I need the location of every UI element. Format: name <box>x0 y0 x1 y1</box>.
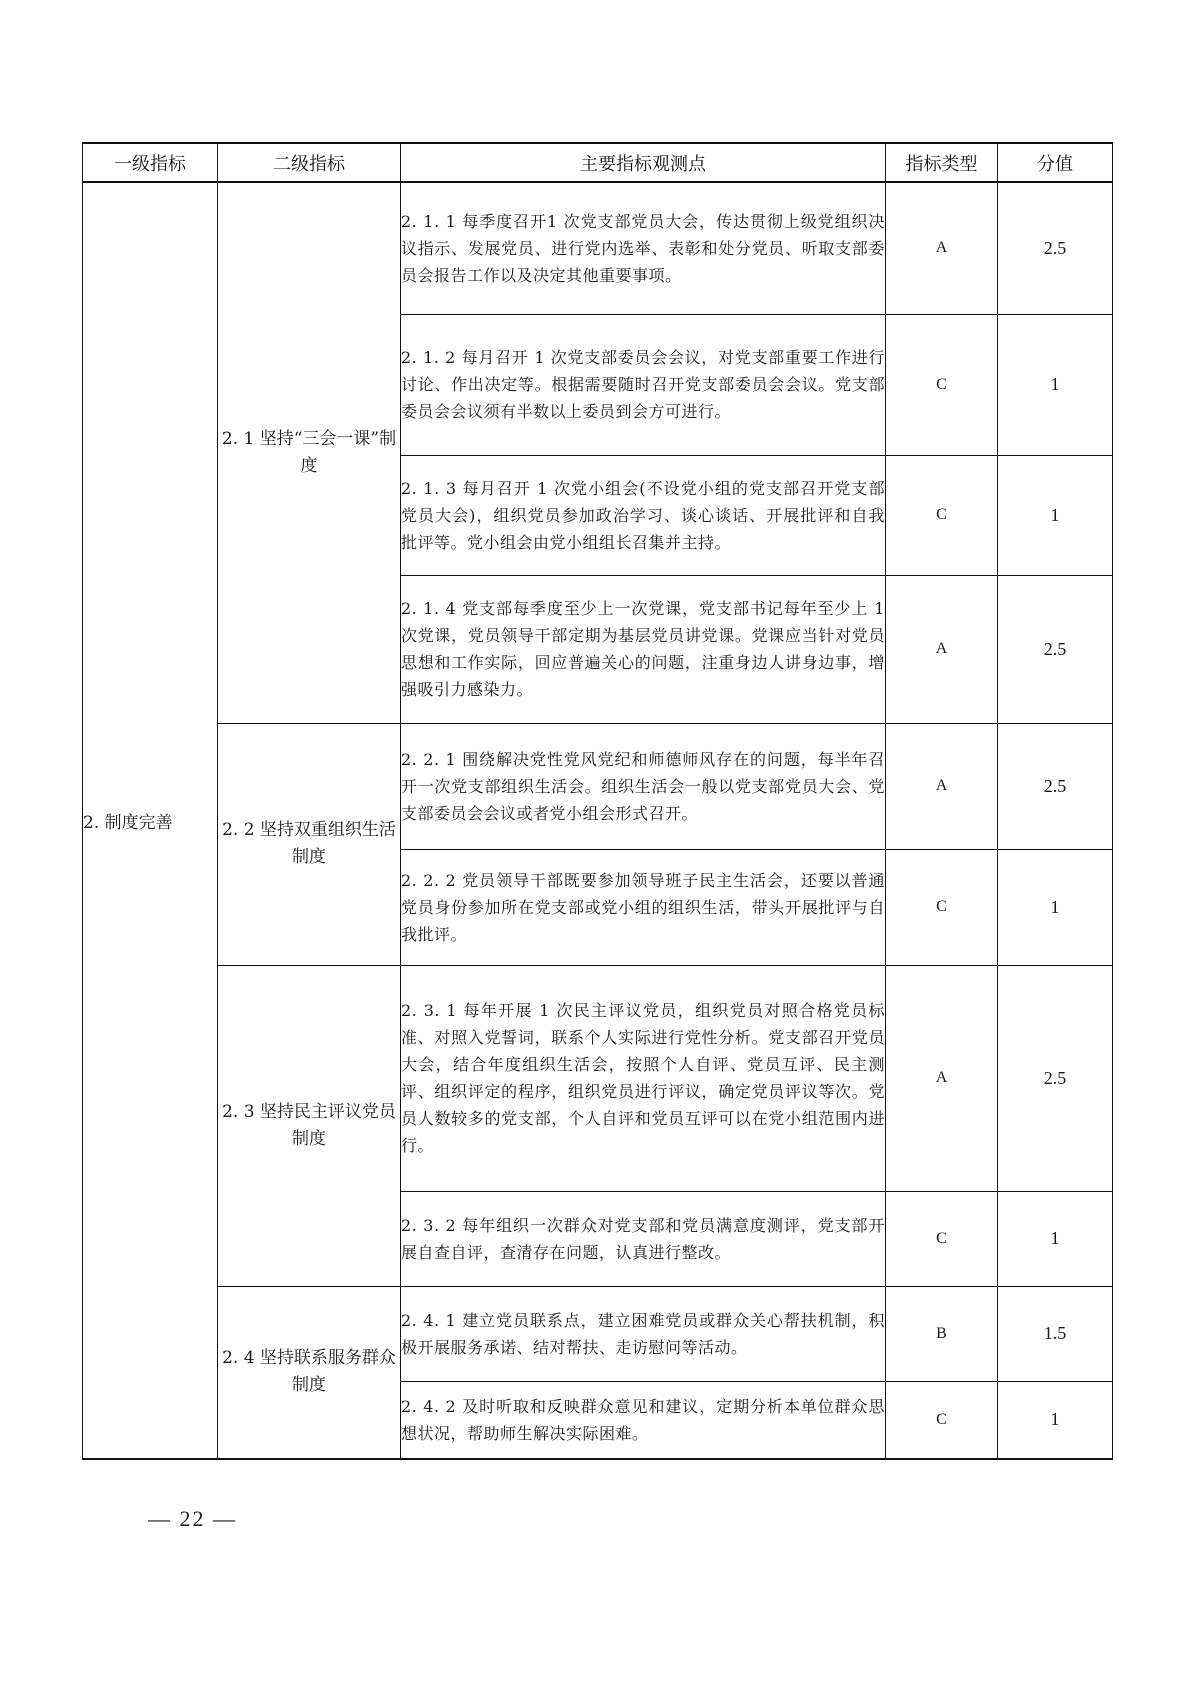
observation-cell: 2. 3. 1 每年开展 1 次民主评议党员，组织党员对照合格党员标准、对照入党… <box>401 965 886 1191</box>
type-cell: C <box>886 314 998 455</box>
type-cell: A <box>886 182 998 314</box>
header-type: 指标类型 <box>886 143 998 182</box>
observation-cell: 2. 2. 2 党员领导干部既要参加领导班子民主生活会，还要以普通党员身份参加所… <box>401 849 886 965</box>
document-page: 一级指标 二级指标 主要指标观测点 指标类型 分值 2. 制度完善 2. 1 坚… <box>0 0 1191 1684</box>
table-row: 2. 4 坚持联系服务群众制度 2. 4. 1 建立党员联系点，建立困难党员或群… <box>83 1286 1113 1381</box>
level2-cell: 2. 1 坚持“三会一课”制度 <box>218 182 401 723</box>
header-level1: 一级指标 <box>83 143 218 182</box>
type-cell: C <box>886 1381 998 1459</box>
type-cell: C <box>886 1191 998 1286</box>
score-cell: 2.5 <box>998 575 1113 723</box>
table-row: 2. 3 坚持民主评议党员制度 2. 3. 1 每年开展 1 次民主评议党员，组… <box>83 965 1113 1191</box>
observation-cell: 2. 1. 1 每季度召开1 次党支部党员大会，传达贯彻上级党组织决议指示、发展… <box>401 182 886 314</box>
score-cell: 2.5 <box>998 723 1113 849</box>
observation-cell: 2. 1. 2 每月召开 1 次党支部委员会会议，对党支部重要工作进行讨论、作出… <box>401 314 886 455</box>
table-header-row: 一级指标 二级指标 主要指标观测点 指标类型 分值 <box>83 143 1113 182</box>
evaluation-table: 一级指标 二级指标 主要指标观测点 指标类型 分值 2. 制度完善 2. 1 坚… <box>82 142 1113 1460</box>
level2-cell: 2. 3 坚持民主评议党员制度 <box>218 965 401 1286</box>
type-cell: C <box>886 455 998 575</box>
type-cell: A <box>886 965 998 1191</box>
header-observation: 主要指标观测点 <box>401 143 886 182</box>
score-cell: 1 <box>998 455 1113 575</box>
type-cell: A <box>886 723 998 849</box>
score-cell: 2.5 <box>998 965 1113 1191</box>
type-cell: B <box>886 1286 998 1381</box>
level1-cell: 2. 制度完善 <box>83 182 218 1459</box>
observation-cell: 2. 1. 3 每月召开 1 次党小组会(不设党小组的党支部召开党支部党员大会)… <box>401 455 886 575</box>
score-cell: 1 <box>998 1381 1113 1459</box>
observation-cell: 2. 3. 2 每年组织一次群众对党支部和党员满意度测评，党支部开展自查自评，查… <box>401 1191 886 1286</box>
table-row: 2. 制度完善 2. 1 坚持“三会一课”制度 2. 1. 1 每季度召开1 次… <box>83 182 1113 314</box>
observation-cell: 2. 1. 4 党支部每季度至少上一次党课，党支部书记每年至少上 1 次党课，党… <box>401 575 886 723</box>
score-cell: 2.5 <box>998 182 1113 314</box>
page-number: — 22 — <box>148 1506 237 1532</box>
level2-cell: 2. 2 坚持双重组织生活制度 <box>218 723 401 965</box>
header-level2: 二级指标 <box>218 143 401 182</box>
type-cell: A <box>886 575 998 723</box>
score-cell: 1 <box>998 1191 1113 1286</box>
score-cell: 1 <box>998 314 1113 455</box>
header-score: 分值 <box>998 143 1113 182</box>
level2-cell: 2. 4 坚持联系服务群众制度 <box>218 1286 401 1459</box>
score-cell: 1.5 <box>998 1286 1113 1381</box>
observation-cell: 2. 2. 1 围绕解决党性党风党纪和师德师风存在的问题，每半年召开一次党支部组… <box>401 723 886 849</box>
score-cell: 1 <box>998 849 1113 965</box>
observation-cell: 2. 4. 2 及时听取和反映群众意见和建议，定期分析本单位群众思想状况，帮助师… <box>401 1381 886 1459</box>
table-row: 2. 2 坚持双重组织生活制度 2. 2. 1 围绕解决党性党风党纪和师德师风存… <box>83 723 1113 849</box>
observation-cell: 2. 4. 1 建立党员联系点，建立困难党员或群众关心帮扶机制，积极开展服务承诺… <box>401 1286 886 1381</box>
type-cell: C <box>886 849 998 965</box>
